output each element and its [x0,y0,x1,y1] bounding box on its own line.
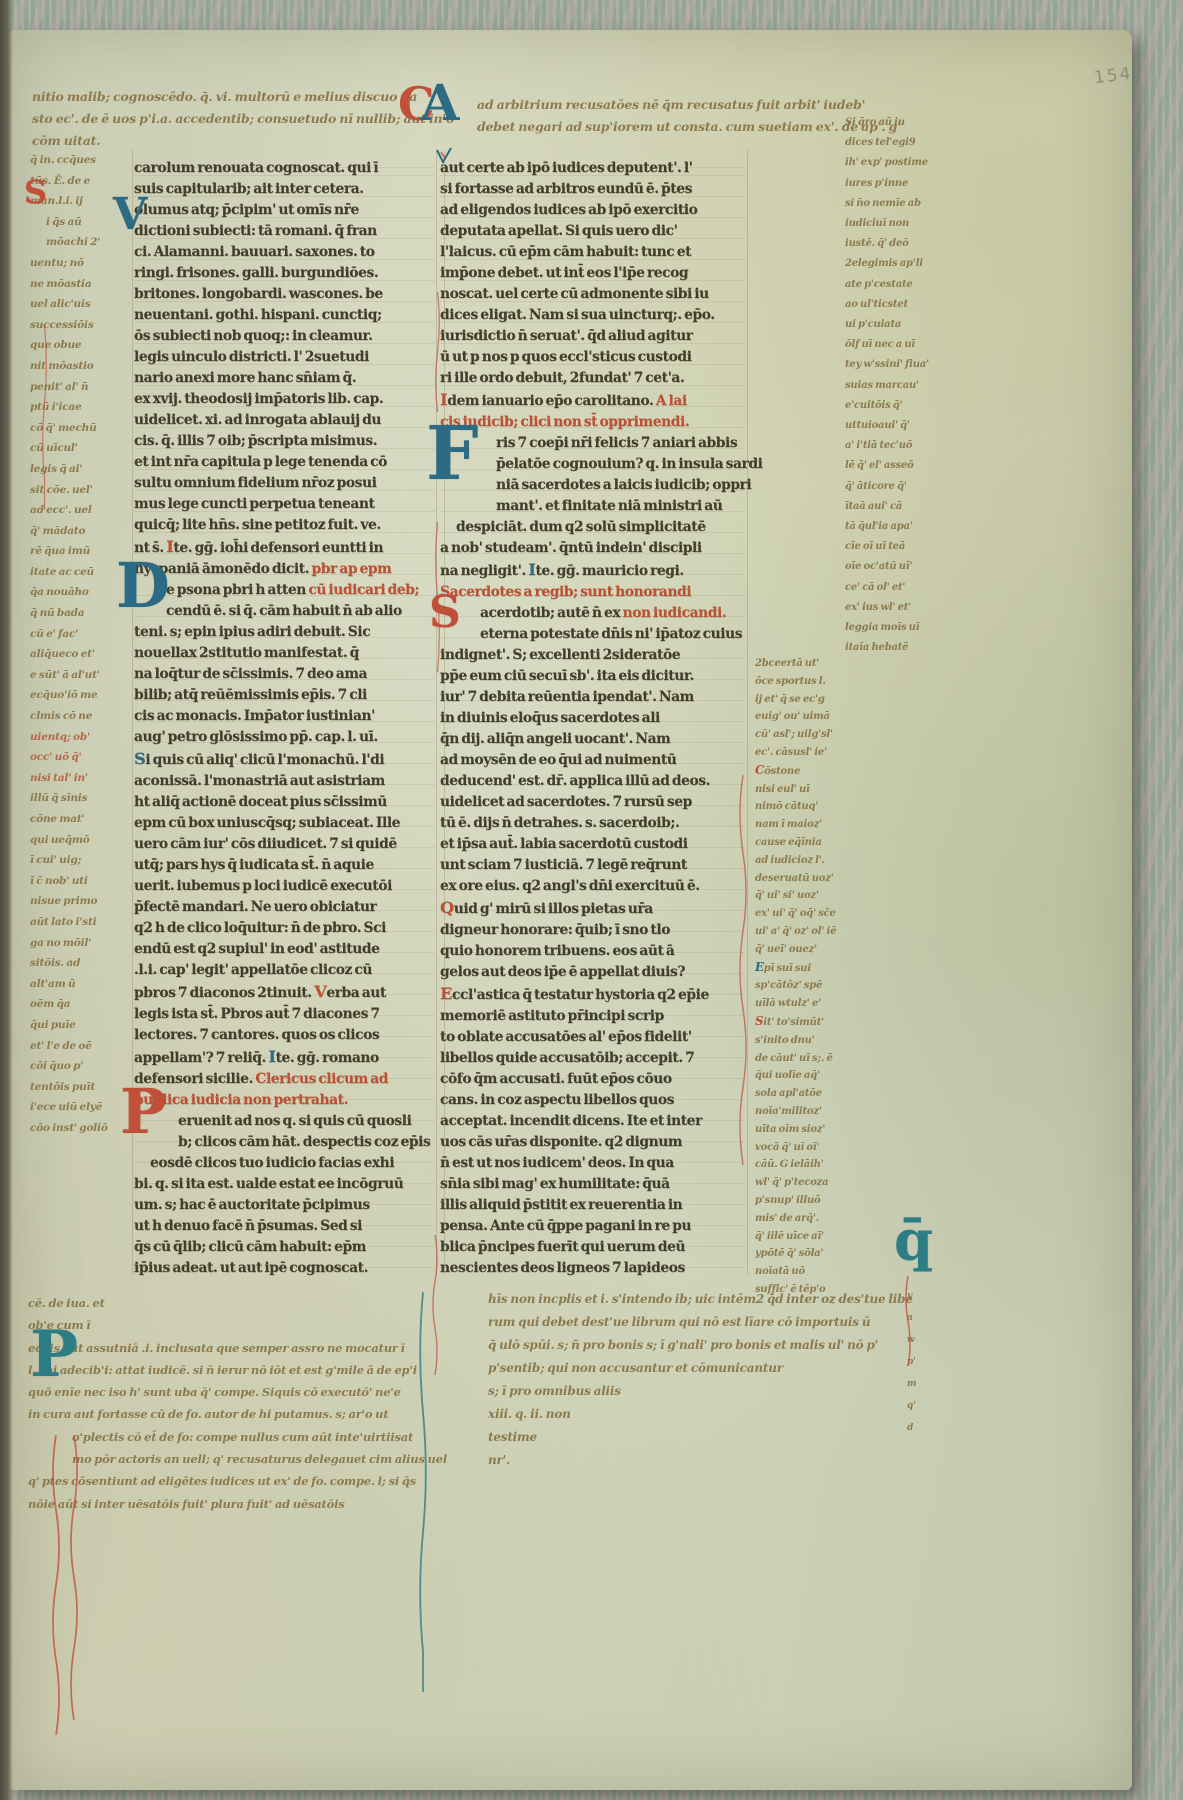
text-line: ci. Alamanni. bauuari. saxones. to [134,242,435,263]
text-line: q̄' ui' si' uoz' [755,887,897,905]
text-line: tā q̄ul'ia apa' [845,517,903,537]
pen-flourish-teal [416,1292,430,1692]
text-line: ad moysēn de eo q̄ui ad nuimentū [440,750,744,771]
text-line: ringi. frisones. galli. burgundiōes. [134,263,435,284]
text-line: publica iudicia non pertrahat. [134,1090,435,1111]
text-line: ob'e cum ī [28,1314,466,1336]
text-line: teni. s; epin ipius adiri debuit. Sic [134,622,435,643]
text-line: cōm uitat. [32,130,442,152]
drop-initial-p-teal: P [30,1330,78,1380]
text-line: quicq̄; lite hn̄s. sine petitoz fuit. ve… [134,515,435,536]
text-line: ad iudicioz l'. [755,852,897,870]
text-line: ne mōastia [30,274,134,295]
text-line: ui p'cuiata [845,315,903,335]
right-margin-gloss-upper: Si q̄ro aū iudices tel'egi9ih' exp' post… [845,113,903,658]
text-line: deducend' est. dr̄. applica illū ad deos… [440,771,744,792]
text-line: ī cui' uig; [30,850,134,871]
bottom-gloss-center: hīs non incplis et i. s'intendo ib; uic … [488,1288,918,1472]
text-line: iures p'inne [845,174,903,194]
text-line: .l.i. cap' legit' appellatōe clicoz cū [134,960,435,981]
text-line: uīlā wtulz' e' [755,995,897,1013]
text-line: Eccl'astica q̄ testatur hystoria q2 ep̄i… [440,983,744,1006]
text-line: q2 h de clico loq̄uitur: n̄ de pbro. Sci [134,918,435,939]
text-line: tentōis puīt [30,1077,134,1098]
text-line: a' i'tiā tec'uō [845,436,903,456]
text-line: de cāut' uī s;. ē [755,1050,897,1068]
text-line: carolum renouata cognoscat. qui ī [134,158,435,179]
text-line: d [907,1417,929,1439]
text-line: britones. longobardi. wascones. be [134,284,435,305]
text-line: na negligit'. Ite. gḡ. mauricio regi. [440,559,744,582]
text-line: uentu; nō [30,253,134,274]
text-line: e'cuitōis q̄' [845,396,903,416]
text-line: n̄ est ut nos iudicem' deos. In qua [440,1153,744,1174]
text-line: aconissā. l'monastriā aut asistriam [134,771,435,792]
text-line: p'snup' illuō [755,1192,897,1210]
text-line: cāū. G ielāih' [755,1156,897,1174]
text-line: b; clicos cām hāt. despectis coz ep̄is [134,1132,435,1153]
text-line: l'laicus. cū ep̄m cām habuit: tunc et [440,242,744,263]
text-line: s'inito dnu' [755,1032,897,1050]
text-line: ris 7 coep̄i nr̄i felicis 7 aniari abbis [440,433,744,454]
text-line: lectores. 7 cantores. quos os clicos [134,1025,435,1046]
text-line: acceptat. incendit dicens. Ite et inter [440,1111,744,1132]
text-line: cis. q̄. illis 7 oib; p̄scripta misimus. [134,431,435,452]
text-line: nisue primo [30,891,134,912]
text-line: uel alic'uis [30,294,134,315]
text-line: mo pōr actoris an uell; q' recusaturus d… [28,1448,466,1470]
text-line: bi. q. si ita est. ualde estat ee incōgr… [134,1174,435,1195]
text-line: cōi q̄uo p' [30,1056,134,1077]
text-line: despiciāt. dum q2 solū simplicitatē [440,517,744,538]
text-line: cis ac monacis. Imp̄ator iustinian' [134,706,435,727]
text-line: aliq̄ueco et' [30,644,134,665]
text-line: quio honorem tribuens. eos aūt ā [440,941,744,962]
text-line: na loq̄tur de sc̄issimis. 7 deo ama [134,664,435,685]
monogram-letter-blue: A [421,73,460,132]
text-line: noscat. uel certe cū admonente sibi iu [440,284,744,305]
text-line: sultu omnium fidelium nr̄oz posui [134,473,435,494]
text-line: epm cū box uniuscq̄sq; subiaceat. Ille [134,813,435,834]
text-line: ex' ius wl' et' [845,598,903,618]
text-line: imp̄one debet. ut int̄ eos l'ip̄e recog [440,263,744,284]
text-line: q̄ui puīe [30,1015,134,1036]
text-line: legis ista st̄. Pbros aut̄ 7 diacones 7 [134,1004,435,1025]
text-line: nescientes deos ligneos 7 lapideos [440,1258,744,1279]
text-line: cendū ē. si q̄. cām habuit n̄ ab alio [134,601,435,622]
text-line: q̄' iilē uīce aī' [755,1228,897,1246]
text-line: memoriē astituto pr̄incipi scrip [440,1006,744,1027]
text-line: ī c̄ nob' uti [30,871,134,892]
text-line: cōo inst' goliō [30,1118,134,1139]
text-line: Si quis cū aliq' clicū l'monachū. l'di [134,748,435,771]
text-line: lē q̄' el' asseō [845,456,903,476]
text-line: si n̄o nemīe ab [845,194,903,214]
text-line: ītaā aui' cā [845,497,903,517]
text-line: aut certe ab ipō iudices deputent'. l' [440,158,744,179]
pen-mark-blue [435,146,453,166]
ruling-line [444,150,445,1275]
drop-initial-d-blue: D [116,562,170,610]
text-line: q̄ ulō spūi. s; n̄ pro bonis s; ī g'nali… [488,1334,918,1357]
text-line: suis capitularib; ait inter cetera. [134,179,435,200]
text-line: cū e' fac' [30,624,134,645]
text-line: ecl'is aut assutniā .i. inclusata que se… [28,1337,466,1359]
text-line: illū q̄ sīnis [30,788,134,809]
text-line: e psona pbri h atten cū iudicari deb; [134,580,435,601]
text-line: q̄ui uolīe aq̄' [755,1067,897,1085]
text-line: niā sacerdotes a laicis iudicib; oppri [440,475,744,496]
text-line: nam ī maioz' [755,816,897,834]
text-line: ao ul'ticstet [845,295,903,315]
text-line: q̄s cū q̄lib; clicū cām habuit: ep̄m [134,1237,435,1258]
pen-flourish-red [433,292,442,412]
text-line: Cōstone [755,762,897,781]
text-line: cē. de iua. et [28,1292,466,1314]
text-line: cis iudicib; clici non st̄ opprimendi. [440,412,744,433]
text-line: si fortasse ad arbitros eundū ē. p̄tes [440,179,744,200]
text-line: olumus atq; p̄cipim' ut omīs nr̄e [134,200,435,221]
text-line: ij et' q̄ se ec'g [755,691,897,709]
right-margin-gloss-lower: 2bceertā ut'ōce sportus l.ij et' q̄ se e… [755,655,897,1299]
pen-flourish-red [40,325,49,510]
text-line: ec'. cāsusl' ie' [755,744,897,762]
text-line: defensori sicilie. Clericus clicum ad [134,1069,435,1090]
text-line: testime [488,1426,918,1449]
text-line: hyspaniā āmonēdo dicit. pbr ap epm [134,559,435,580]
text-line: ex' ui' q̄' oq̄' sc̄e [755,905,897,923]
text-line: quō enīe nec iso h' sunt uba q̄' compe. … [28,1381,466,1403]
text-line: p'sentib; qui non accusantur et cōmunica… [488,1357,918,1380]
text-line: 2bceertā ut' [755,655,897,673]
text-line: pbros 7 diaconos 2tinuit. Verba aut [134,981,435,1004]
text-line: oīe oc'atū uī' [845,557,903,577]
text-line: ōce sportus l. [755,673,897,691]
text-line: gelos aut deos ip̄e ē appellat diuis? [440,962,744,983]
text-line: eruenit ad nos q. si quis cū quosli [134,1111,435,1132]
text-line: in cura aut fortasse cū de fo. autor de … [28,1403,466,1425]
text-line: appellam'? 7 reliq̄. Ite. gḡ. romano [134,1046,435,1069]
drop-initial-s-red: S [429,596,461,630]
left-margin-gloss: q̄ in. ccq̄uestūs. Ē. de eman.l.i. iji q… [30,150,134,1139]
text-line: ex xvij. theodosij imp̄atoris lib. cap. [134,389,435,410]
text-line: et int nr̄a capitula p lege tenenda cō [134,452,435,473]
text-line: clmis cō ne [30,706,134,727]
text-line: dictioni subiecti: tā romani. q̄ fran [134,221,435,242]
text-line: ecq̄uo'iō me [30,685,134,706]
folio-number: 154 [1093,64,1134,89]
text-line: nitio malib; cognoscēdo. q̄. vi. multorū… [32,86,442,108]
text-line: nisi tal' in' [30,768,134,789]
text-line: nario anexi more hanc sn̄iam q̄. [134,368,435,389]
text-line: uidelicet. xi. ad inrogata ablauij du [134,410,435,431]
text-line: nr'. [488,1449,918,1472]
text-line: uidelicet ad sacerdotes. 7 rursū sep [440,792,744,813]
text-line: blica p̄ncipes fuerīt qui uerum deū [440,1237,744,1258]
text-line: in diuinis eloq̄us sacerdotes ali [440,708,744,729]
text-line: m [907,1373,929,1395]
text-line: deputata apellat. Si quis uero dic' [440,221,744,242]
main-text-column-2: aut certe ab ipō iudices deputent'. l'si… [440,158,744,1279]
text-line: nimō cātuq' [755,798,897,816]
text-line: q' [907,1395,929,1417]
text-line: cans. in coz aspectu libellos quos [440,1090,744,1111]
text-line: hīs non incplis et i. s'intendo ib; uic … [488,1288,918,1311]
drop-initial-v-blue: V [113,198,147,232]
text-line: a nob' studeam'. q̄ntū indein' discipli [440,538,744,559]
text-line: leggia moīs uī [845,618,903,638]
text-line: uttuioaui' q̄' [845,416,903,436]
text-line: tey w'ssini' fiua' [845,355,903,375]
text-line: oēm q̄a [30,994,134,1015]
text-line: ex ore eius. q2 angl's dn̄i exercituū ē. [440,876,744,897]
text-line: sp'cātōz' spē [755,977,897,995]
text-line: rum qui debet dest'ue librum qui nō est … [488,1311,918,1334]
text-line: to oblate accusatōes al' ep̄os fidelit' [440,1027,744,1048]
text-line: ui' a' q̄' oz' ol' iē [755,923,897,941]
drop-initial-f-blue: F [426,426,479,484]
text-line: nōie aūt si inter uēsatōis fuit' plura f… [28,1493,466,1515]
quire-monogram: CA [398,80,459,125]
text-line: nouellax 2stitutio manifestat. q̄ [134,643,435,664]
pen-flourish-red [430,1235,440,1375]
text-line: legis uinculo districti. l' 2suetudi [134,347,435,368]
text-line: uerit. iubemus p loci iudicē executōi [134,876,435,897]
text-line: sola apl'atōe [755,1085,897,1103]
text-line: ut h denuo facē n̄ p̄sumas. Sed si [134,1216,435,1237]
text-line: e sūt' ā al'ut' [30,665,134,686]
text-line: l. sbi adecib'i: attat iudicē. si n̄ ier… [28,1359,466,1381]
text-line: noīatā uō [755,1263,897,1281]
text-line: occ' uō q̄' [30,747,134,768]
text-line: noīa'militoz' [755,1103,897,1121]
text-line: uos cās ur̄as disponite. q2 dignum [440,1132,744,1153]
pen-flourish-red [903,1276,913,1366]
text-line: q̄ in. ccq̄ues [30,150,134,171]
text-line: Idem ianuario ep̄o carolitano. A lai [440,389,744,412]
text-line: dices eligat. Nam si sua uincturq;. ep̄o… [440,305,744,326]
text-line: uero cām iur' cōs diiudicet. 7 si quidē [134,834,435,855]
top-margin-gloss-left: nitio malib; cognoscēdo. q̄. vi. multorū… [32,86,442,152]
text-line: ū ut p nos p quos eccl'sticus custodi [440,347,744,368]
text-line: cū' asl'; uilg'sl' [755,726,897,744]
main-text-column-1: carolum renouata cognoscat. qui īsuis ca… [134,158,435,1279]
text-line: eterna potestate dn̄is ni' ip̄atoz cuius [440,624,744,645]
text-line: Epī suī sui [755,959,897,978]
text-line: sitōis. ad [30,953,134,974]
text-line: ōlf uī nec a uī [845,335,903,355]
text-line: iudiciuī non [845,214,903,234]
text-line: tū ē. dijs n̄ detrahes. s. sacerdoib;. [440,813,744,834]
manuscript-page: 154 CA nitio malib; cognoscēdo. q̄. vi. … [10,30,1132,1790]
text-line: et' l'e de oē [30,1036,134,1057]
text-line: q̄' mādato [30,521,134,542]
top-margin-gloss-right: ad arbitrium recusatōes nē q̄m recusatus… [477,94,887,138]
drop-initial-q-teal: q̄ [894,1220,933,1264]
text-line: pp̄e eum ciū secuī sb'. ita eis dicitur. [440,666,744,687]
text-line: utq̄; pars hys q̄ iudicata st̄. n̄ aquie [134,855,435,876]
text-line: qui ueq̄mō [30,830,134,851]
text-line: iur' 7 debita reūentia ipendat'. Nam [440,687,744,708]
bottom-gloss-left: cē. de iua. etob'e cum īecl'is aut assut… [28,1292,466,1515]
text-line: nt s̄. Ite. gḡ. ioh̄i defensori euntti i… [134,536,435,559]
text-line: q̄' ueī' ouez' [755,941,897,959]
text-line: ad arbitrium recusatōes nē q̄m recusatus… [477,94,887,116]
text-line: nisi eul' uī [755,781,897,799]
text-line: ōs subiecti nob quoq;: in cleamur. [134,326,435,347]
text-line: ih' exp' postime [845,153,903,173]
text-line: ip̄ius adeat. ut aut ipē cognoscat. [134,1258,435,1279]
text-line: q' ptes cōsentiunt ad eligētes iudices u… [28,1470,466,1492]
text-line: s; ī pro omnibus aliis [488,1380,918,1403]
text-line: ad eligendos iudices ab ipō exercitio [440,200,744,221]
text-line: unt sciam 7 iusticiā. 7 legē req̄runt [440,855,744,876]
text-line: Sit' to'simūt' [755,1013,897,1032]
text-line: 2elegimis ap'li [845,254,903,274]
text-line: indignet'. S; excellenti 2sideratōe [440,645,744,666]
pen-flourish-red [737,775,749,1165]
text-line: neuentani. gothi. hispani. cunctiq; [134,305,435,326]
text-line: mant'. et finitate niā ministri aū [440,496,744,517]
text-line: cīe oī uī teā [845,537,903,557]
text-line: i'ece uiū elyē [30,1097,134,1118]
text-line: vocā q̄' uī oī' [755,1139,897,1157]
text-line: p̄elatōe cognouium? q. in insula sardi [440,454,744,475]
text-line: sto ec'. de ē uos p'i.a. accedentib; con… [32,108,442,130]
text-line: iurisdictio n̄ seruat'. q̄d aliud agitur [440,326,744,347]
text-line: aug' petro glōsissimo pp̄. cap. l. uī. [134,727,435,748]
text-line: ri ille ordo debuit, 2fundat' 7 cet'a. [440,368,744,389]
text-line: dices tel'egi9 [845,133,903,153]
text-line: aūt lato i'sti [30,912,134,933]
drop-initial-p-red: P [120,1088,167,1136]
text-line: Sacerdotes a regib; sunt honorandi [440,582,744,603]
text-line: eosdē clicos tuo iudicio facias exhi [134,1153,435,1174]
text-line: Si q̄ro aū iu [845,113,903,133]
text-line: cōfo q̄m accusati. fuūt ep̄os cōuo [440,1069,744,1090]
pen-flourish-red [50,1435,62,1735]
text-line: ce' cā ol' et' [845,578,903,598]
text-line: endū est q2 supiul' in eod' astitude [134,939,435,960]
text-line: et ip̄sa aut̄. labia sacerdotū custodi [440,834,744,855]
text-line: uīta oīm sioz' [755,1121,897,1139]
text-line: digneur honorare: q̄uib; ī sno tlo [440,920,744,941]
text-line: iustē. q̄' deō [845,234,903,254]
text-line: pensa. Ante cū q̄ppe pagani in re pu [440,1216,744,1237]
text-line: illis aliquid p̄stitit ex reuerentia in [440,1195,744,1216]
text-line: suias marcau' [845,376,903,396]
text-line: cause eq̄īnia [755,834,897,852]
text-line: ga no mōil' [30,933,134,954]
text-line: libellos quide accusatōib; accepit. 7 [440,1048,744,1069]
text-line: xiii. q. ii. non [488,1403,918,1426]
text-line: euig' ou' uimā [755,708,897,726]
text-line: Quid g' mirū si illos pietas ur̄a [440,897,744,920]
text-line: ate p'cestate [845,275,903,295]
pen-flourish-red [68,1435,80,1720]
text-line: q̄' āticore q̄' [845,477,903,497]
text-line: mus lege cuncti perpetua teneant [134,494,435,515]
text-line: sn̄ia sibi mag' ex humilitate: q̄uā [440,1174,744,1195]
text-line: wl' q̄' p'tecoza [755,1174,897,1192]
text-line: acerdotib; autē n̄ ex non iudicandi. [440,603,744,624]
text-line: alt'am ū [30,974,134,995]
text-line: mis' de arq̄'. [755,1210,897,1228]
text-line: debet negari ad sup'iorem ut consta. cum… [477,116,887,138]
text-line: um. s; hac ē auctoritate p̄cipimus [134,1195,435,1216]
text-line: uientq; ob' [30,727,134,748]
text-line: ypōtē q̄' sōla' [755,1245,897,1263]
drop-initial-s-red-gloss: S [24,180,47,205]
text-line: cōne mat' [30,809,134,830]
text-line: bilib; atq̄ reūēmissimis ep̄is. 7 cli [134,685,435,706]
text-line: ht aliq̄ actionē doceat pius sc̄issimū [134,792,435,813]
text-line: p̄fectē mandari. Ne uero obiciatur [134,897,435,918]
text-line: o'plectis cō et̄ de fo: compe nullus cum… [28,1426,466,1448]
text-line: q̄n dij. aliq̄n angeli uocant'. Nam [440,729,744,750]
text-line: deseruatū uoz' [755,870,897,888]
